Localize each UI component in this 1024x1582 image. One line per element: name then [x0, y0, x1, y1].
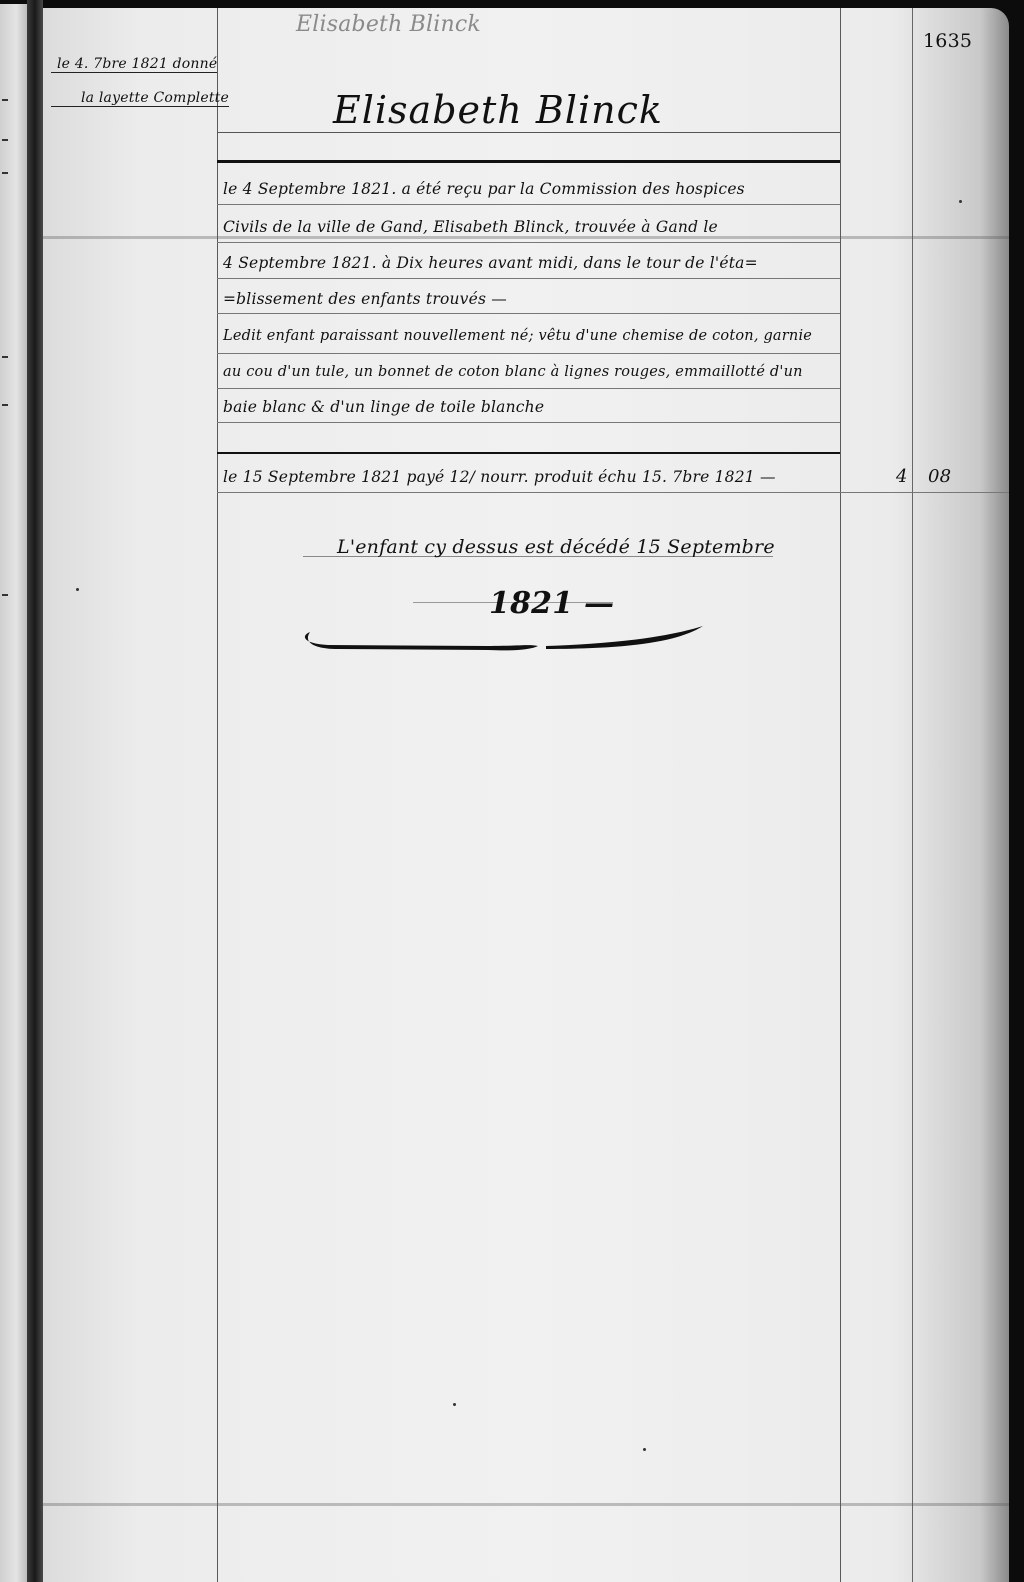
ruled-line	[217, 353, 840, 354]
fold-line	[43, 236, 1009, 239]
entry-line: au cou d'un tule, un bonnet de coton bla…	[223, 364, 803, 380]
entry-line: =blissement des enfants trouvés —	[223, 290, 507, 308]
closing-flourish	[298, 618, 718, 658]
speck	[76, 588, 79, 591]
death-note-line-2: 1821 —	[489, 586, 614, 621]
entry-line: Ledit enfant paraissant nouvellement né;…	[223, 328, 812, 344]
entry-top-rule	[217, 160, 840, 163]
scanned-image: Elisabeth Blinck 1635 le 4. 7bre 1821 do…	[0, 0, 1024, 1582]
ruled-line	[217, 492, 1009, 493]
register-page: Elisabeth Blinck 1635 le 4. 7bre 1821 do…	[43, 8, 1009, 1582]
ruled-line	[217, 388, 840, 389]
book-gutter	[27, 0, 43, 1582]
payment-line: le 15 Septembre 1821 payé 12/ nourr. pro…	[223, 468, 776, 486]
ruled-line	[217, 278, 840, 279]
ruled-line	[217, 313, 840, 314]
death-note-line-1: L'enfant cy dessus est décédé 15 Septemb…	[337, 536, 775, 558]
speck	[453, 1403, 456, 1406]
fold-line	[43, 1503, 1009, 1506]
ruled-line	[217, 422, 840, 423]
entry-line: 4 Septembre 1821. à Dix heures avant mid…	[223, 254, 758, 272]
name-heading-first: Elisabeth	[333, 88, 523, 132]
margin-column-rule	[217, 8, 218, 1582]
amount-column-rule	[840, 8, 841, 1582]
payment-amount-whole: 4	[896, 466, 908, 487]
number-column-rule	[912, 8, 913, 1582]
margin-note-line-1: le 4. 7bre 1821 donné	[51, 56, 217, 73]
name-heading-last: Blinck	[536, 88, 663, 132]
heading-underline	[217, 132, 840, 133]
ruled-line	[217, 242, 840, 243]
speck	[643, 1448, 646, 1451]
name-heading: Elisabeth Blinck	[333, 88, 663, 132]
entry-line: Civils de la ville de Gand, Elisabeth Bl…	[223, 218, 718, 236]
payment-amount-cents: 08	[928, 466, 951, 487]
page-number: 1635	[923, 30, 972, 52]
ruled-line	[217, 204, 840, 205]
pencil-annotation: Elisabeth Blinck	[296, 12, 481, 37]
margin-note-line-2: la layette Complette	[51, 90, 229, 107]
entry-line: baie blanc & d'un linge de toile blanche	[223, 398, 544, 416]
entry-line: le 4 Septembre 1821. a été reçu par la C…	[223, 180, 745, 198]
left-page-edge	[0, 4, 27, 1582]
payment-top-rule	[217, 452, 840, 454]
speck	[959, 200, 962, 203]
